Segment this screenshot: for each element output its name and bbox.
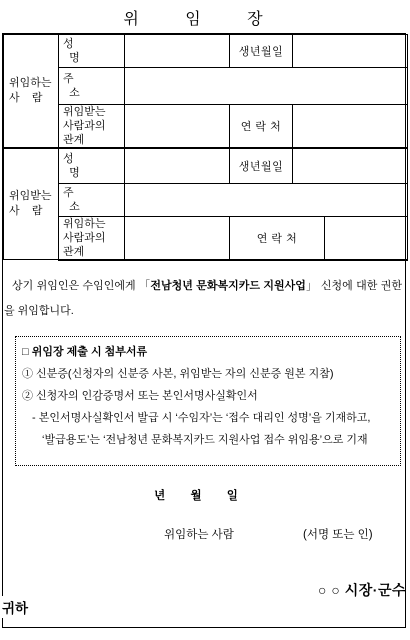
- addressee-mayor-governor: ○ ○ 시장·군수: [318, 580, 406, 600]
- delegator-birthdate-label: 생년월일: [230, 35, 293, 68]
- delegator-address-field[interactable]: [125, 68, 408, 105]
- seal-or-sign-note: (서명 또는 인): [303, 526, 373, 542]
- delegator-address-label: 주 소: [59, 68, 125, 105]
- delegator-name-field[interactable]: [125, 35, 230, 68]
- delegate-relation-label: 위임하는 사람과의 관계: [59, 216, 125, 260]
- addressee-honorific: 귀하: [1, 596, 31, 618]
- delegate-relation-field[interactable]: [125, 216, 230, 260]
- party-info-table: 위임하는 사 람 성 명 생년월일 주 소 위임받는 사람과의 관계 연 락 처…: [3, 34, 408, 261]
- delegator-name-label: 성 명: [59, 35, 125, 68]
- notice-item-recipient-name: - 본인서명사실확인서 발급 시 ‘수임자’는 ‘접수 대리인 성명’을 기재하…: [22, 407, 394, 429]
- notice-item-id-card: ① 신분증(신청자의 신분증 사본, 위임받는 자의 신분증 원본 지참): [22, 363, 394, 385]
- delegate-birthdate-field[interactable]: [293, 148, 408, 183]
- delegator-contact-label: 연 락 처: [230, 105, 293, 149]
- delegate-party-header: 위임받는 사 람: [4, 148, 59, 260]
- delegate-birthdate-label: 생년월일: [230, 148, 293, 183]
- page-title: 위 임 장: [0, 6, 410, 29]
- form-border-box: 위임하는 사 람 성 명 생년월일 주 소 위임받는 사람과의 관계 연 락 처…: [2, 33, 406, 628]
- delegate-contact-field[interactable]: [325, 216, 408, 260]
- delegate-contact-label: 연 락 처: [230, 216, 325, 260]
- delegate-address-label: 주 소: [59, 183, 125, 216]
- delegation-form-page: 위 임 장 위임하는 사 람 성 명 생년월일 주 소 위임받는 사람과의 관계: [0, 0, 410, 640]
- notice-heading: □ 위임장 제출 시 첨부서류: [22, 341, 394, 363]
- delegate-address-field[interactable]: [125, 183, 408, 216]
- delegator-party-header: 위임하는 사 람: [4, 35, 59, 149]
- attachment-notice-box: □ 위임장 제출 시 첨부서류 ① 신분증(신청자의 신분증 사본, 위임받는 …: [15, 336, 401, 466]
- delegation-statement: 상기 위임인은 수임인에게 「전남청년 문화복지카드 지원사업」 신청에 대한 …: [4, 274, 402, 324]
- statement-prefix: 상기 위임인은 수임인에게 「: [12, 280, 150, 292]
- delegate-name-label: 성 명: [59, 148, 125, 183]
- signer-label: 위임하는 사람: [164, 526, 234, 542]
- delegate-name-field[interactable]: [125, 148, 230, 183]
- delegator-relation-label: 위임받는 사람과의 관계: [59, 105, 125, 149]
- delegator-birthdate-field[interactable]: [293, 35, 408, 68]
- delegator-relation-field[interactable]: [125, 105, 230, 149]
- notice-item-issue-purpose: ‘발급용도’는 ‘전남청년 문화복지카드 지원사업 접수 위임용’으로 기재: [22, 429, 394, 451]
- date-line: 년 월 일: [3, 487, 405, 503]
- statement-program-name: 전남청년 문화복지카드 지원사업: [150, 280, 306, 292]
- signature-row: 위임하는 사람 (서명 또는 인): [3, 526, 405, 542]
- delegator-contact-field[interactable]: [293, 105, 408, 149]
- notice-item-certificate: ② 신청자의 인감증명서 또는 본인서명사실확인서: [22, 385, 394, 407]
